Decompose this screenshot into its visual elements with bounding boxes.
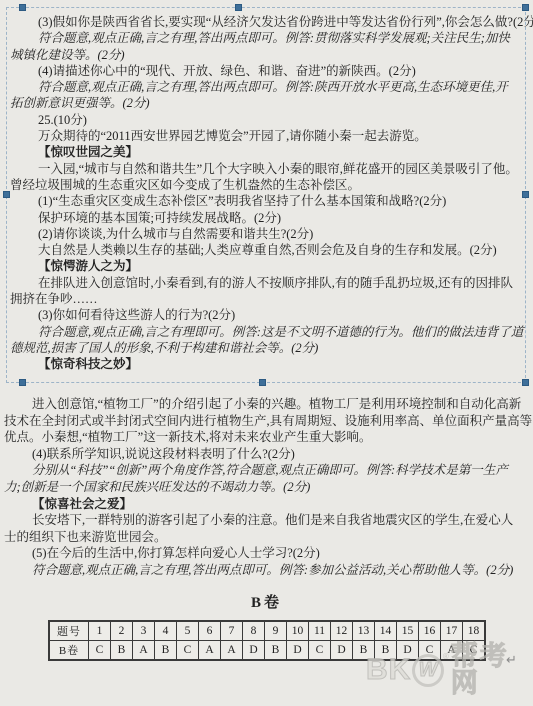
text-line: 一入园,“城市与自然和谐共生”几个大字映入小秦的眼帘,鲜花盛开的园区美景吸引了他… bbox=[10, 161, 524, 177]
watermark-w-letter: W bbox=[419, 660, 438, 680]
text-line: 德规范,损害了国人的形象,不利于构建和谐社会等。(2分) bbox=[10, 340, 524, 356]
text-line: 符合题意,观点正确,言之有理,答出两点即可。例答:陕西开放水平更高,生态环境更佳… bbox=[10, 79, 524, 95]
text-line: 【惊喜社会之爱】 bbox=[4, 496, 530, 513]
table-row-header: B卷 bbox=[50, 640, 88, 659]
text-line: 曾经垃圾围城的生态重灾区如今变成了生机盎然的生态补偿区。 bbox=[10, 177, 524, 193]
text-line: 【惊奇科技之妙】 bbox=[10, 356, 524, 372]
selection-handle-bottom-right[interactable] bbox=[522, 379, 529, 386]
text-line: 25.(10分) bbox=[10, 112, 524, 128]
text-line: (4)请描述你心中的“现代、开放、绿色、和谐、奋进”的新陕西。(2分) bbox=[10, 63, 524, 79]
selection-handle-bottom-center[interactable] bbox=[259, 379, 266, 386]
table-cell: 11 bbox=[308, 622, 330, 640]
table-cell: 8 bbox=[242, 622, 264, 640]
text-line: 士的组织下也来游览世园会。 bbox=[4, 529, 530, 546]
table-cell: B bbox=[154, 640, 176, 659]
text-line: 符合题意,观点正确,言之有理即可。例答:这是不文明不道德的行为。他们的做法违背了… bbox=[10, 324, 524, 340]
text-line: 技术在全封闭式或半封闭式空间内进行植物生产,具有周期短、设施利用率高、单位面积产… bbox=[4, 413, 530, 430]
table-cell: 12 bbox=[330, 622, 352, 640]
selected-textbox[interactable]: (3)假如你是陕西省省长,要实现“从经济欠发达省份跨进中等发达省份行列”,你会怎… bbox=[6, 7, 526, 383]
text-line: (1)“生态重灾区变成生态补偿区”表明我省坚持了什么基本国策和战略?(2分) bbox=[10, 193, 524, 209]
table-cell: 4 bbox=[154, 622, 176, 640]
table-cell: 17 bbox=[440, 622, 462, 640]
text-line: (4)联系所学知识,说说这段材料表明了什么?(2分) bbox=[4, 446, 530, 463]
table-cell: A bbox=[220, 640, 242, 659]
text-line: (3)你如何看待这些游人的行为?(2分) bbox=[10, 307, 524, 323]
selection-handle-top-center[interactable] bbox=[235, 4, 242, 11]
table-cell: 1 bbox=[88, 622, 110, 640]
table-cell: A bbox=[198, 640, 220, 659]
text-line: 保护环境的基本国策;可持续发展战略。(2分) bbox=[10, 210, 524, 226]
table-cell: 6 bbox=[198, 622, 220, 640]
selection-handle-mid-right[interactable] bbox=[522, 191, 529, 198]
text-line: 优点。小秦想,“植物工厂”这一新技术,将对未来农业产生重大影响。 bbox=[4, 429, 530, 446]
text-line: 城镇化建设等。(2分) bbox=[10, 47, 524, 63]
text-line: (5)在今后的生活中,你打算怎样向爱心人士学习?(2分) bbox=[4, 545, 530, 562]
watermark-text-bk: BK bbox=[366, 655, 411, 685]
table-cell: 2 bbox=[110, 622, 132, 640]
table-cell: 9 bbox=[264, 622, 286, 640]
text-line: 在排队进入创意馆时,小秦看到,有的游人不按顺序排队,有的随手乱扔垃圾,还有的因排… bbox=[10, 275, 524, 291]
text-line: 拥挤在争吵…… bbox=[10, 291, 524, 307]
watermark-text-cn: 帮考网 bbox=[451, 643, 533, 697]
table-cell: 7 bbox=[220, 622, 242, 640]
table-cell: 14 bbox=[374, 622, 396, 640]
table-row-header: 题号 bbox=[50, 622, 88, 640]
text-line: 拓创新意识更强等。(2分) bbox=[10, 95, 524, 111]
table-cell: D bbox=[286, 640, 308, 659]
table-cell: B bbox=[110, 640, 132, 659]
table-cell: C bbox=[308, 640, 330, 659]
body-text: 进入创意馆,“植物工厂”的介绍引起了小秦的兴趣。植物工厂是利用环境控制和自动化高… bbox=[4, 396, 530, 579]
text-line: 力;创新是一个国家和民族兴旺发达的不竭动力等。(2分) bbox=[4, 479, 530, 496]
text-line: 进入创意馆,“植物工厂”的介绍引起了小秦的兴趣。植物工厂是利用环境控制和自动化高… bbox=[4, 396, 530, 413]
table-cell: C bbox=[88, 640, 110, 659]
paragraph-return-mark-icon: ↵ bbox=[506, 653, 517, 668]
text-line: 【惊叹世园之美】 bbox=[10, 144, 524, 160]
text-line: 符合题意,观点正确,言之有理,答出两点即可。例答:贯彻落实科学发展观;关注民生;… bbox=[10, 30, 524, 46]
selection-handle-bottom-left[interactable] bbox=[19, 379, 26, 386]
text-line: 分别从“科技”“创新”两个角度作答,符合题意,观点正确即可。例答:科学技术是第一… bbox=[4, 462, 530, 479]
table-cell: A bbox=[132, 640, 154, 659]
selection-handle-mid-left[interactable] bbox=[3, 191, 10, 198]
table-cell: B bbox=[264, 640, 286, 659]
text-line: (2)请你谈谈,为什么城市与自然需要和谐共生?(2分) bbox=[10, 226, 524, 242]
section-b-title: B卷 bbox=[0, 591, 533, 612]
table-cell: 10 bbox=[286, 622, 308, 640]
table-cell: 18 bbox=[462, 622, 484, 640]
text-line: 【惊愕游人之为】 bbox=[10, 258, 524, 274]
watermark-w-circle-icon: W bbox=[412, 654, 444, 687]
table-cell: D bbox=[242, 640, 264, 659]
table-cell: 16 bbox=[418, 622, 440, 640]
selection-handle-top-right[interactable] bbox=[522, 4, 529, 11]
text-line: 万众期待的“2011西安世界园艺博览会”开园了,请你随小秦一起去游览。 bbox=[10, 128, 524, 144]
table-cell: 15 bbox=[396, 622, 418, 640]
table-cell: D bbox=[330, 640, 352, 659]
watermark-registered-mark: ® bbox=[443, 652, 449, 661]
text-line: (3)假如你是陕西省省长,要实现“从经济欠发达省份跨进中等发达省份行列”,你会怎… bbox=[10, 14, 524, 30]
text-line: 大自然是人类赖以生存的基础;人类应尊重自然,否则会危及自身的生存和发展。(2分) bbox=[10, 242, 524, 258]
answer-box-text: (3)假如你是陕西省省长,要实现“从经济欠发达省份跨进中等发达省份行列”,你会怎… bbox=[10, 14, 524, 373]
scanned-exam-page: (3)假如你是陕西省省长,要实现“从经济欠发达省份跨进中等发达省份行列”,你会怎… bbox=[0, 0, 533, 706]
selection-handle-top-left[interactable] bbox=[19, 4, 26, 11]
text-line: 长安塔下,一群特别的游客引起了小秦的注意。他们是来自我省地震灾区的学生,在爱心人 bbox=[4, 512, 530, 529]
table-cell: 3 bbox=[132, 622, 154, 640]
table-cell: 13 bbox=[352, 622, 374, 640]
table-cell: C bbox=[176, 640, 198, 659]
table-cell: 5 bbox=[176, 622, 198, 640]
text-line: 符合题意,观点正确,言之有理,答出两点即可。例答:参加公益活动,关心帮助他人等。… bbox=[4, 562, 530, 579]
